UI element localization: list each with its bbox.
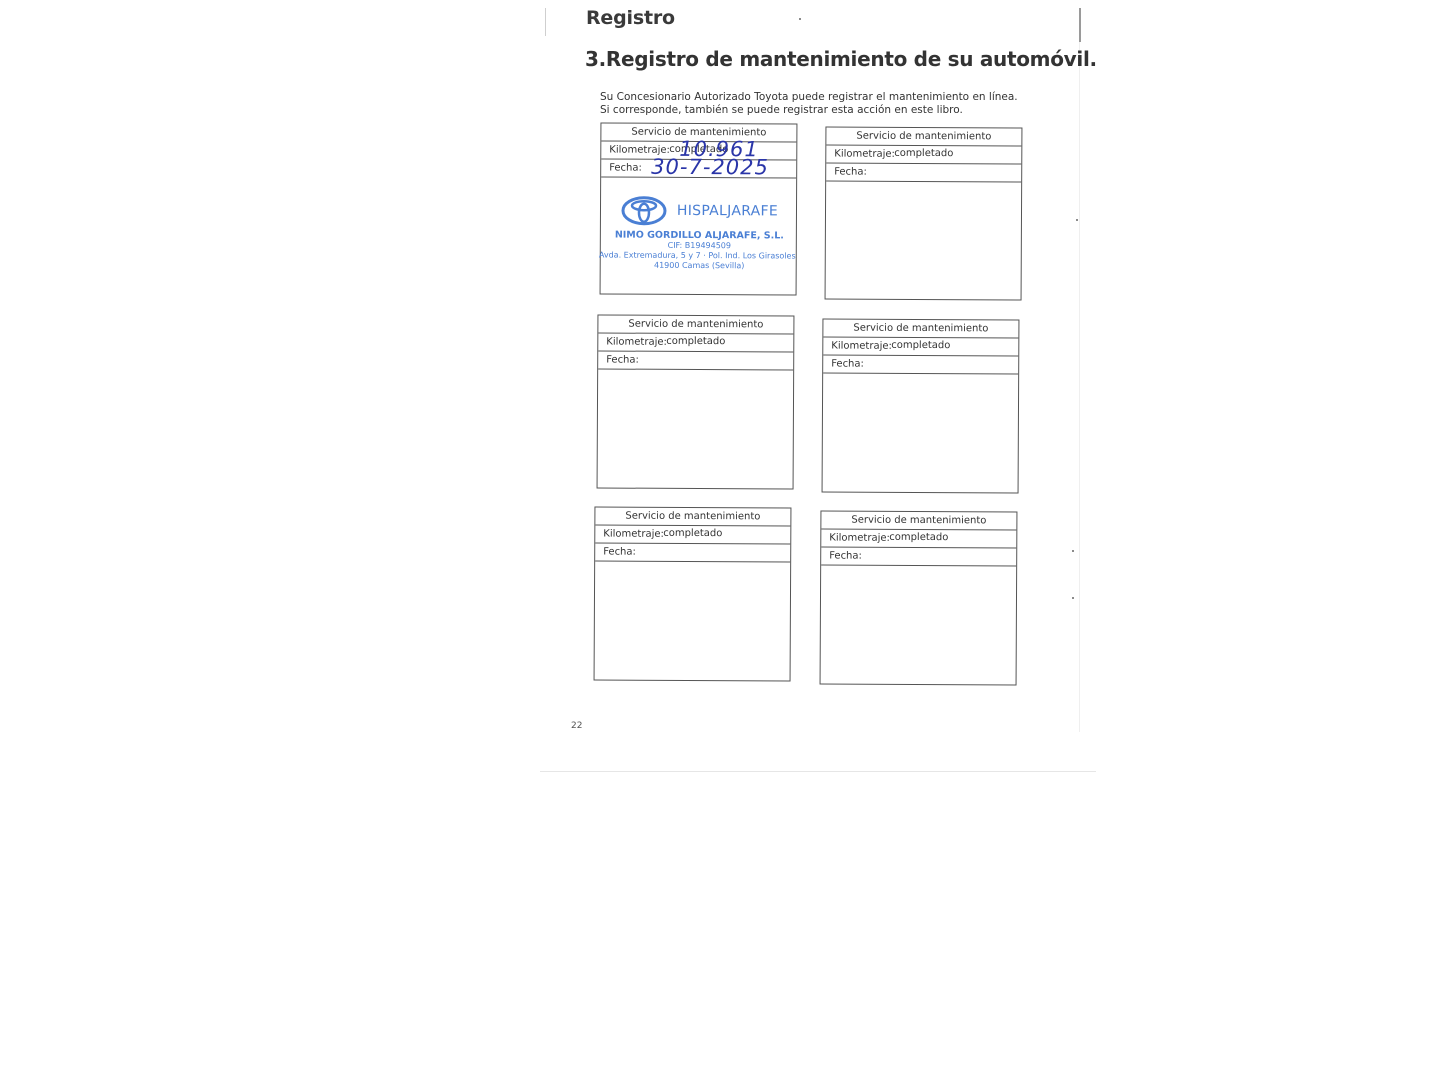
maintenance-card-5: Servicio de mantenimiento completado Kil…	[594, 506, 792, 681]
date-label: Fecha:	[831, 359, 864, 370]
km-row: Kilometraje:	[821, 529, 1016, 548]
stamp-company: NIMO GORDILLO ALJARAFE, S.L.	[601, 229, 798, 241]
date-row: Fecha: 30-7-2025	[601, 159, 796, 178]
scan-speck	[1076, 219, 1078, 221]
card-header: Servicio de mantenimiento completado	[598, 315, 793, 334]
scan-speck	[799, 18, 801, 20]
stamp-brand: HISPALJARAFE	[677, 203, 778, 220]
km-label: Kilometraje:	[606, 337, 667, 348]
card-header: Servicio de mantenimiento completado	[826, 127, 1021, 146]
km-label: Kilometraje:	[834, 149, 895, 160]
maintenance-card-2: Servicio de mantenimiento completado Kil…	[825, 126, 1023, 300]
date-label: Fecha:	[606, 355, 639, 366]
date-row: Fecha:	[826, 163, 1021, 182]
stamp-city: 41900 Camas (Sevilla)	[601, 260, 798, 271]
toyota-logo-icon	[621, 196, 667, 226]
date-row: Fecha:	[598, 351, 793, 370]
km-row: Kilometraje:	[595, 525, 790, 544]
stamp-address: Avda. Extremadura, 5 y 7 · Pol. Ind. Los…	[597, 250, 798, 261]
km-label: Kilometraje:	[603, 529, 664, 540]
page-heading: 3.Registro de mantenimiento de su automó…	[585, 47, 1097, 71]
card-header: Servicio de mantenimiento completado	[821, 511, 1016, 530]
scan-speck	[1072, 550, 1074, 552]
km-row: Kilometraje:	[823, 337, 1018, 356]
date-row: Fecha:	[821, 547, 1016, 566]
maintenance-card-6: Servicio de mantenimiento completado Kil…	[820, 510, 1018, 685]
date-row: Fecha:	[595, 543, 790, 562]
date-value-handwritten: 30-7-2025	[651, 157, 769, 178]
dealer-stamp: HISPALJARAFE NIMO GORDILLO ALJARAFE, S.L…	[601, 193, 798, 271]
page-edge-left	[545, 8, 546, 36]
page-edge-right	[1079, 8, 1081, 42]
page-edge-right-faint	[1079, 42, 1080, 732]
intro-paragraph: Su Concesionario Autorizado Toyota puede…	[600, 91, 1020, 117]
date-label: Fecha:	[603, 547, 636, 558]
date-label: Fecha:	[829, 551, 862, 562]
date-label: Fecha:	[609, 163, 642, 174]
date-row: Fecha:	[823, 355, 1018, 374]
page-number: 22	[571, 721, 582, 731]
km-label: Kilometraje:	[829, 533, 890, 544]
section-title: Registro	[586, 7, 675, 29]
card-header: Servicio de mantenimiento completado	[823, 319, 1018, 338]
maintenance-card-4: Servicio de mantenimiento completado Kil…	[822, 318, 1020, 493]
km-row: Kilometraje:	[598, 333, 793, 352]
date-label: Fecha:	[834, 167, 867, 178]
card-header: Servicio de mantenimiento completado	[595, 507, 790, 526]
page-bottom-edge	[540, 771, 1096, 772]
km-label: Kilometraje:	[831, 341, 892, 352]
km-row: Kilometraje:	[826, 145, 1021, 164]
maintenance-card-3: Servicio de mantenimiento completado Kil…	[597, 314, 795, 489]
scan-speck	[1072, 597, 1074, 599]
maintenance-card-1: Servicio de mantenimiento completado Kil…	[600, 122, 798, 295]
